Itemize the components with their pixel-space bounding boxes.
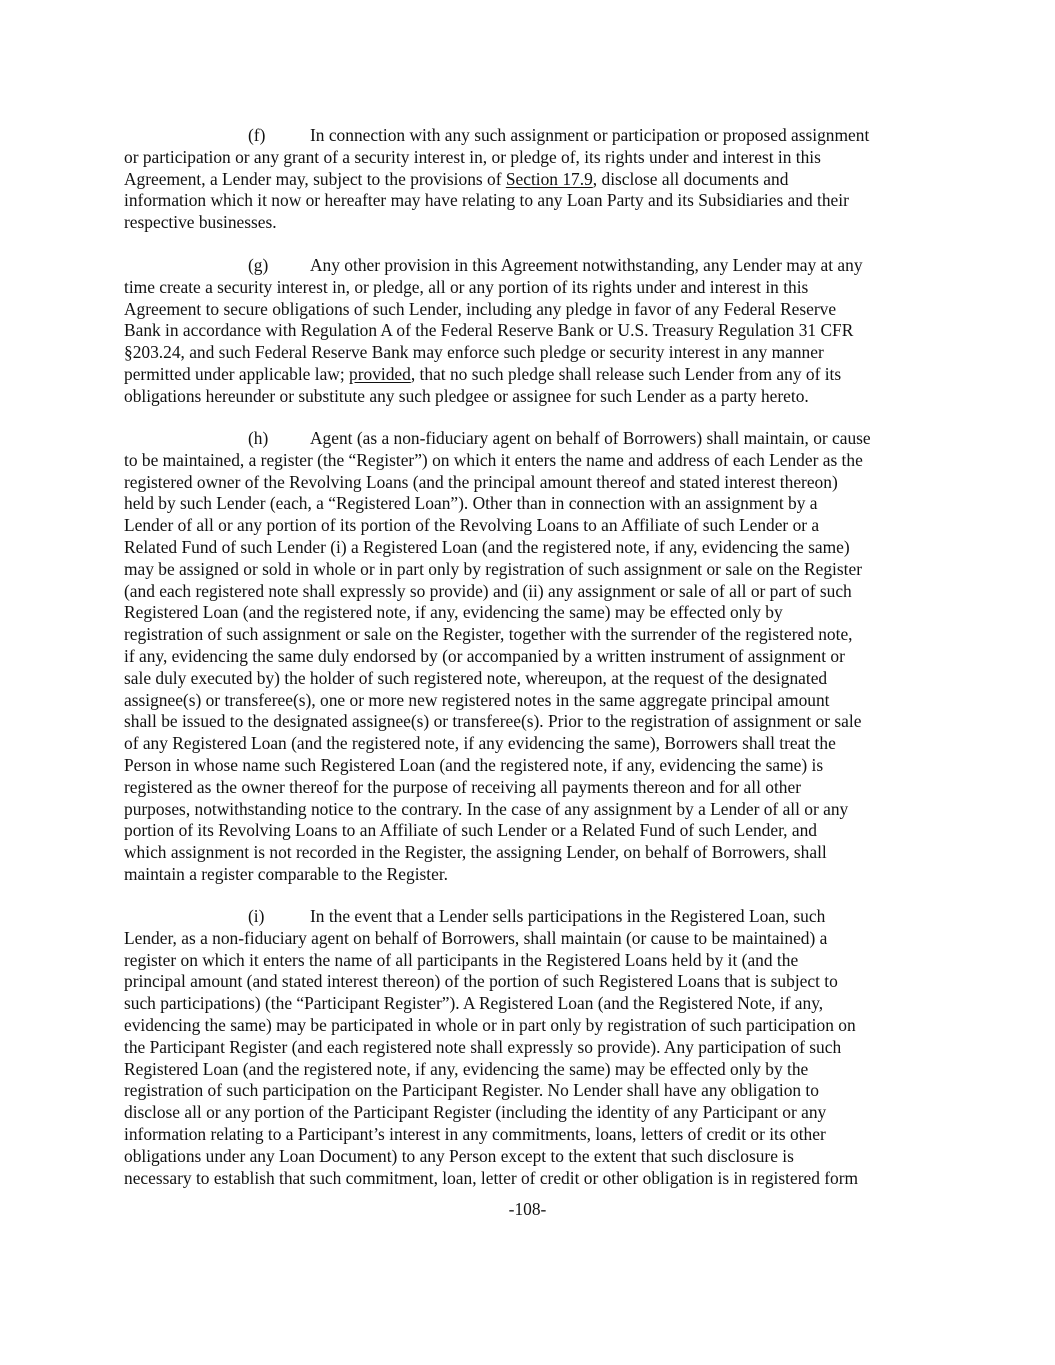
paragraph-h: (h)Agent (as a non-fiduciary agent on be… [124,428,932,886]
text-line: shall be issued to the designated assign… [124,711,932,733]
paragraph-first-line: (f)In connection with any such assignmen… [124,125,932,147]
text-line: permitted under applicable law; provided… [124,364,932,386]
text-line: Person in whose name such Registered Loa… [124,755,932,777]
section-reference-link[interactable]: Section 17.9 [506,169,593,189]
text-line: obligations under any Loan Document) to … [124,1146,932,1168]
paragraph-first-line: (g)Any other provision in this Agreement… [124,255,932,277]
text-line: may be assigned or sold in whole or in p… [124,559,932,581]
text-line: Bank in accordance with Regulation A of … [124,320,932,342]
text-line: Registered Loan (and the registered note… [124,1059,932,1081]
text-line: Lender, as a non-fiduciary agent on beha… [124,928,932,950]
text-line: registered owner of the Revolving Loans … [124,472,932,494]
text-line: §203.24, and such Federal Reserve Bank m… [124,342,932,364]
text-line: principal amount (and stated interest th… [124,971,932,993]
text-line: purposes, notwithstanding notice to the … [124,799,932,821]
text-line: maintain a register comparable to the Re… [124,864,932,886]
paragraph-f: (f)In connection with any such assignmen… [124,125,932,234]
text-line: Agreement, a Lender may, subject to the … [124,169,932,191]
text-line: Agreement to secure obligations of such … [124,299,932,321]
text-line: portion of its Revolving Loans to an Aff… [124,820,932,842]
text-line: which assignment is not recorded in the … [124,842,932,864]
text-line: (and each registered note shall expressl… [124,581,932,603]
text-line: obligations hereunder or substitute any … [124,386,932,408]
text-line: Registered Loan (and the registered note… [124,602,932,624]
text-line: assignee(s) or transferee(s), one or mor… [124,690,932,712]
text-line: register on which it enters the name of … [124,950,932,972]
paragraph-g: (g)Any other provision in this Agreement… [124,255,932,408]
text-line: evidencing the same) may be participated… [124,1015,932,1037]
text-line: respective businesses. [124,212,932,234]
text-line: disclose all or any portion of the Parti… [124,1102,932,1124]
text-line: if any, evidencing the same duly endorse… [124,646,932,668]
text-line: sale duly executed by) the holder of suc… [124,668,932,690]
text-line: or participation or any grant of a secur… [124,147,932,169]
text-line: the Participant Register (and each regis… [124,1037,932,1059]
text-line: Related Fund of such Lender (i) a Regist… [124,537,932,559]
paragraph-label: (i) [248,906,310,928]
text-line: Lender of all or any portion of its port… [124,515,932,537]
provided-term: provided [349,364,411,384]
paragraph-i: (i)In the event that a Lender sells part… [124,906,932,1189]
text-line: registration of such assignment or sale … [124,624,932,646]
page-number: -108- [0,1198,1055,1220]
paragraph-first-line: (i)In the event that a Lender sells part… [124,906,932,928]
text-line: held by such Lender (each, a “Registered… [124,493,932,515]
text-line: information relating to a Participant’s … [124,1124,932,1146]
paragraph-label: (h) [248,428,310,450]
text-line: time create a security interest in, or p… [124,277,932,299]
paragraph-label: (f) [248,125,310,147]
text-line: registration of such participation on th… [124,1080,932,1102]
text-line: to be maintained, a register (the “Regis… [124,450,932,472]
paragraph-label: (g) [248,255,310,277]
text-line: necessary to establish that such commitm… [124,1168,932,1190]
text-line: such participations) (the “Participant R… [124,993,932,1015]
paragraph-first-line: (h)Agent (as a non-fiduciary agent on be… [124,428,932,450]
text-line: information which it now or hereafter ma… [124,190,932,212]
text-line: registered as the owner thereof for the … [124,777,932,799]
document-page: (f)In connection with any such assignmen… [0,0,1055,1365]
text-line: of any Registered Loan (and the register… [124,733,932,755]
